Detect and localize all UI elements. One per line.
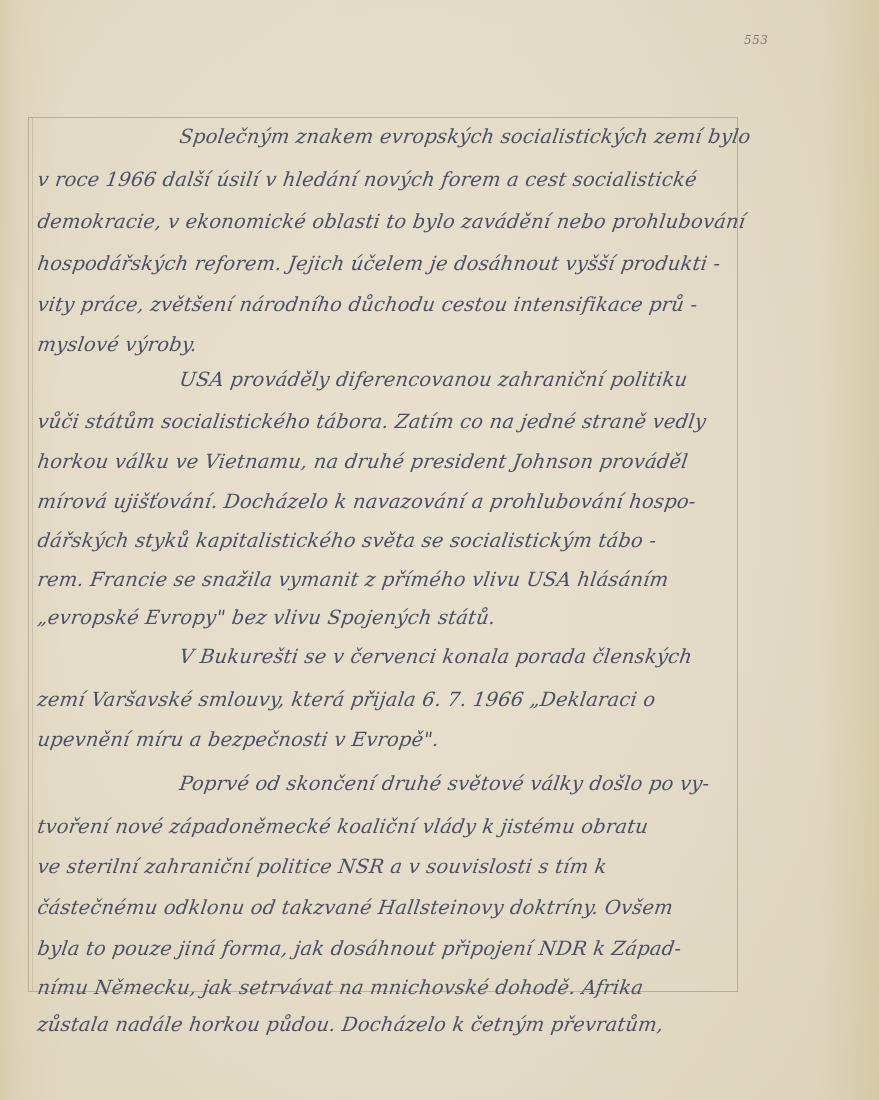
- text-line-2: v roce 1966 další úsilí v hledání nových…: [36, 168, 699, 191]
- text-line-16: upevnění míru a bezpečnosti v Evropě".: [36, 728, 441, 751]
- text-line-23: zůstala nadále horkou půdou. Docházelo k…: [36, 1013, 665, 1036]
- text-line-10: mírová ujišťování. Docházelo k navazován…: [36, 490, 697, 513]
- margin-rule: [32, 118, 33, 991]
- text-line-4: hospodářských reforem. Jejich účelem je …: [36, 252, 722, 275]
- text-line-20: částečnému odklonu od takzvané Hallstein…: [36, 896, 675, 919]
- text-line-15: zemí Varšavské smlouvy, která přijala 6.…: [36, 688, 657, 711]
- text-line-6: myslové výroby.: [36, 333, 199, 356]
- text-line-22: nímu Německu, jak setrvávat na mnichovsk…: [36, 976, 645, 999]
- text-line-14: V Bukurešti se v červenci konala porada …: [178, 645, 694, 668]
- text-line-19: ve sterilní zahraniční politice NSR a v …: [36, 855, 608, 878]
- text-line-18: tvoření nové západoněmecké koaliční vlád…: [36, 815, 650, 838]
- text-line-11: dářských styků kapitalistického světa se…: [36, 529, 658, 552]
- text-line-12: rem. Francie se snažila vymanit z příméh…: [36, 568, 670, 591]
- text-line-3: demokracie, v ekonomické oblasti to bylo…: [36, 210, 747, 233]
- text-line-17: Poprvé od skončení druhé světové války d…: [178, 772, 711, 795]
- text-line-21: byla to pouze jiná forma, jak dosáhnout …: [36, 937, 683, 960]
- text-line-5: vity práce, zvětšení národního důchodu c…: [36, 293, 699, 316]
- page-number: 553: [744, 33, 768, 47]
- text-line-9: horkou válku ve Vietnamu, na druhé presi…: [36, 450, 689, 473]
- text-line-13: „evropské Evropy" bez vlivu Spojených st…: [36, 606, 497, 629]
- text-line-7: USA prováděly diferencovanou zahraniční …: [178, 368, 689, 391]
- text-line-8: vůči státům socialistického tábora. Zatí…: [36, 410, 708, 433]
- text-line-1: Společným znakem evropských socialistick…: [178, 125, 752, 148]
